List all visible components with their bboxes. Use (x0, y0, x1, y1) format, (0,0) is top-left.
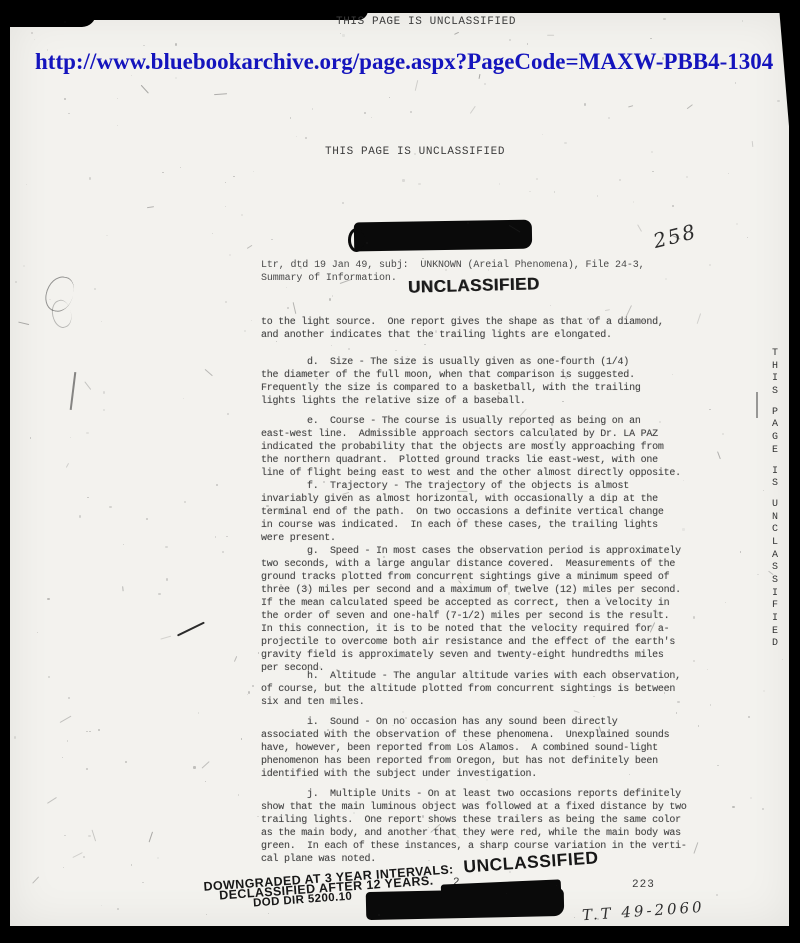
side-banner-char: A (767, 419, 783, 432)
top-classification-banner: THIS PAGE IS UNCLASSIFIED (336, 16, 516, 28)
text-line: terminal end of the path. On two occasio… (261, 507, 664, 520)
text-line: If the mean calculated speed be accepted… (261, 598, 681, 611)
text-line: e. Course - The course is usually report… (261, 416, 681, 429)
paragraph-i-sound: i. Sound - On no occasion has any sound … (261, 717, 669, 782)
side-banner-char: N (767, 512, 783, 525)
redaction-bar-top-edge (348, 228, 365, 252)
paragraph-d-size: d. Size - The size is usually given as o… (261, 357, 641, 409)
text-line: g. Speed - In most cases the observation… (261, 546, 681, 559)
text-line: six and ten miles. (261, 697, 681, 710)
redaction-bar-top (354, 220, 532, 252)
text-line: invariably given as almost horizontal, w… (261, 494, 664, 507)
paragraph-g-speed: g. Speed - In most cases the observation… (261, 546, 681, 676)
reference-line-2: Summary of Information. (261, 273, 397, 284)
side-banner-char: S (767, 386, 783, 399)
side-banner-char: T (767, 348, 783, 361)
side-classification-banner: THISPAGEISUNCLASSIFIED (767, 348, 783, 651)
unclassified-stamp: UNCLASSIFIED (408, 274, 540, 297)
paragraph-shape-continuation: to the light source. One report gives th… (261, 317, 664, 343)
side-banner-char: S (767, 478, 783, 491)
text-line: j. Multiple Units - On at least two occa… (261, 789, 687, 802)
side-banner-char: U (767, 499, 783, 512)
text-line: f. Trajectory - The trajectory of the ob… (261, 481, 664, 494)
text-line: In this connection, it is to be noted th… (261, 624, 681, 637)
text-line: i. Sound - On no occasion has any sound … (261, 717, 669, 730)
text-line: projectile to overcome both air resistan… (261, 637, 681, 650)
text-line: phenomenon has been reported from Oregon… (261, 756, 669, 769)
side-banner-char: S (767, 575, 783, 588)
text-line: associated with the observation of these… (261, 730, 669, 743)
stamped-page-number: 223 (632, 879, 655, 891)
text-line: indicated the probability that the objec… (261, 442, 681, 455)
text-line: d. Size - The size is usually given as o… (261, 357, 641, 370)
text-line: gravity field is approximately seven and… (261, 650, 681, 663)
text-line: of course, but the altitude plotted from… (261, 684, 681, 697)
text-line: to the light source. One report gives th… (261, 317, 664, 330)
side-banner-char: E (767, 626, 783, 639)
text-line: show that the main luminous object was f… (261, 802, 687, 815)
side-banner-char: S (767, 562, 783, 575)
text-line: and another indicates that the trailing … (261, 330, 664, 343)
text-line: as the main body, and another that they … (261, 828, 687, 841)
scan-border-top-corner (0, 0, 96, 27)
text-line: in course was indicated. In each of thes… (261, 520, 664, 533)
scan-border-left (0, 0, 10, 943)
paragraph-f-trajectory: f. Trajectory - The trajectory of the ob… (261, 481, 664, 546)
text-line: Frequently the size is compared to a bas… (261, 383, 641, 396)
paragraph-h-altitude: h. Altitude - The angular altitude varie… (261, 671, 681, 710)
side-banner-char: A (767, 550, 783, 563)
side-banner-char: E (767, 445, 783, 458)
text-line: green. In each of these instances, a sha… (261, 841, 687, 854)
side-banner-char (767, 399, 783, 407)
side-banner-char (767, 458, 783, 466)
side-banner-char: G (767, 432, 783, 445)
side-banner-char: I (767, 373, 783, 386)
side-banner-char: D (767, 638, 783, 651)
text-line: east-west line. Admissible approach sect… (261, 429, 681, 442)
side-banner-char: C (767, 524, 783, 537)
paragraph-e-course: e. Course - The course is usually report… (261, 416, 681, 481)
mid-classification-banner: THIS PAGE IS UNCLASSIFIED (325, 146, 505, 158)
text-line: two seconds, with a large angular distan… (261, 559, 681, 572)
archive-url-link[interactable]: http://www.bluebookarchive.org/page.aspx… (35, 49, 773, 75)
side-banner-char: H (767, 361, 783, 374)
text-line: ground tracks plotted from concurrent si… (261, 572, 681, 585)
reference-line-1: Ltr, dtd 19 Jan 49, subj: UNKNOWN (Areia… (261, 260, 645, 271)
side-banner-char: I (767, 588, 783, 601)
text-line: the diameter of the full moon, when that… (261, 370, 641, 383)
text-line: have, however, been reported from Los Al… (261, 743, 669, 756)
text-line: three (3) miles per second and a maximum… (261, 585, 681, 598)
text-line: h. Altitude - The angular altitude varie… (261, 671, 681, 684)
side-banner-char: I (767, 613, 783, 626)
text-line: identified with the subject under invest… (261, 769, 669, 782)
side-banner-char: L (767, 537, 783, 550)
scanned-document-page: THIS PAGE IS UNCLASSIFIED http://www.blu… (0, 0, 800, 943)
text-line: lights lights the relative size of a bas… (261, 396, 641, 409)
scan-scratch-mark (756, 392, 758, 418)
text-line: trailing lights. One report shows these … (261, 815, 687, 828)
side-banner-char: F (767, 600, 783, 613)
side-banner-char (767, 491, 783, 499)
scan-border-bottom (0, 926, 800, 943)
text-line: line of flight being east to west and th… (261, 468, 681, 481)
text-line: the order of seven and one-half (7-1/2) … (261, 611, 681, 624)
side-banner-char: P (767, 407, 783, 420)
side-banner-char: I (767, 466, 783, 479)
text-line: the northern quadrant. Plotted ground tr… (261, 455, 681, 468)
text-line: were present. (261, 533, 664, 546)
